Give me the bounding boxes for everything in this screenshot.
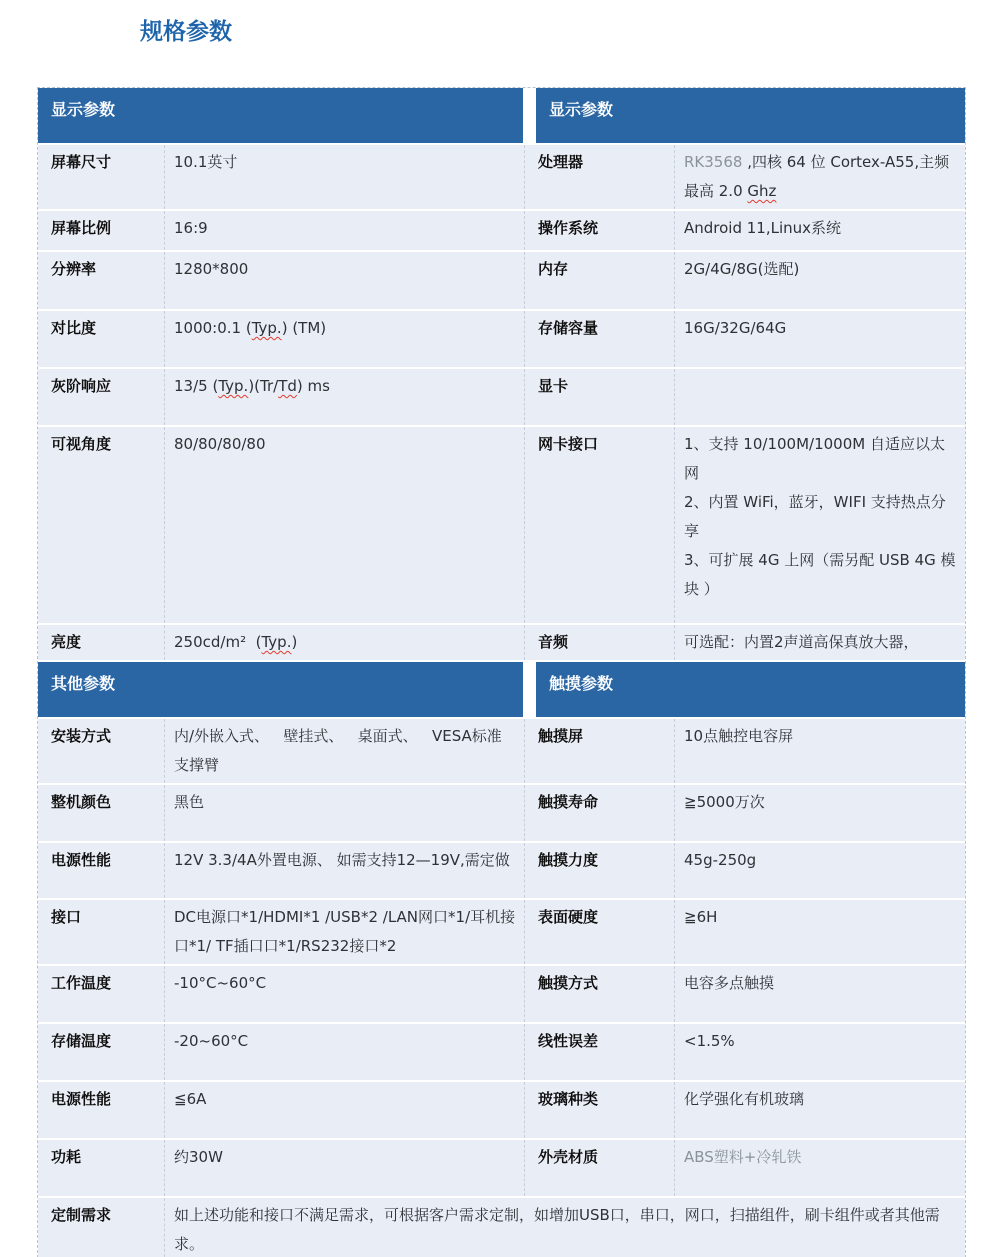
spec-label: 可视角度 — [38, 427, 165, 623]
spec-label: 亮度 — [38, 625, 165, 660]
spec-label: 显卡 — [525, 369, 675, 425]
spec-value: 1、支持 10/100M/1000M 自适应以太网 2、内置 WiFi，蓝牙，W… — [675, 427, 965, 623]
table-row: 安装方式内/外嵌入式、 壁挂式、 桌面式、 VESA标准支撑臂触摸屏10点触控电… — [38, 719, 965, 783]
spellcheck-underline: Typ. — [252, 319, 282, 337]
table-row: 对比度1000:0.1 (Typ.) (TM)存储容量16G/32G/64G — [38, 311, 965, 367]
spec-label: 内存 — [525, 252, 675, 309]
spec-value: 16G/32G/64G — [675, 311, 965, 367]
spec-value: 45g-250g — [675, 843, 965, 898]
table-row: 电源性能12V 3.3/4A外置电源、 如需支持12—19V,需定做触摸力度45… — [38, 843, 965, 898]
table-row: 分辨率1280*800内存2G/4G/8G(选配) — [38, 252, 965, 309]
section-header-left: 显示参数 — [38, 88, 523, 143]
spec-label: 触摸方式 — [525, 966, 675, 1022]
spec-value: -20~60°C — [165, 1024, 525, 1080]
table-row: 屏幕比例16:9操作系统Android 11,Linux系统 — [38, 211, 965, 250]
spec-value: 黑色 — [165, 785, 525, 841]
spec-label: 触摸寿命 — [525, 785, 675, 841]
table-row: 工作温度-10°C~60°C触摸方式电容多点触摸 — [38, 966, 965, 1022]
spec-label: 工作温度 — [38, 966, 165, 1022]
spec-label: 屏幕尺寸 — [38, 145, 165, 209]
spec-value: 2G/4G/8G(选配) — [675, 252, 965, 309]
spec-label: 屏幕比例 — [38, 211, 165, 250]
spec-label: 触摸力度 — [525, 843, 675, 898]
spec-value: 1280*800 — [165, 252, 525, 309]
spec-value — [675, 369, 965, 425]
spec-label: 处理器 — [525, 145, 675, 209]
spec-value: ≧5000万次 — [675, 785, 965, 841]
spec-label: 存储容量 — [525, 311, 675, 367]
table-row: 可视角度80/80/80/80网卡接口1、支持 10/100M/1000M 自适… — [38, 427, 965, 623]
spellcheck-underline: Td — [278, 377, 297, 395]
table-row: 电源性能≦6A玻璃种类化学强化有机玻璃 — [38, 1082, 965, 1138]
spec-label: 灰阶响应 — [38, 369, 165, 425]
section-header-row: 其他参数触摸参数 — [38, 662, 965, 717]
spec-value: 内/外嵌入式、 壁挂式、 桌面式、 VESA标准支撑臂 — [165, 719, 525, 783]
table-row: 屏幕尺寸10.1英寸处理器RK3568 ,四核 64 位 Cortex-A55,… — [38, 145, 965, 209]
spec-label: 存储温度 — [38, 1024, 165, 1080]
spec-label: 操作系统 — [525, 211, 675, 250]
spec-value: 如上述功能和接口不满足需求，可根据客户需求定制，如增加USB口，串口，网口，扫描… — [165, 1198, 965, 1257]
spellcheck-underline: Typ. — [261, 633, 291, 651]
table-row: 接口DC电源口*1/HDMI*1 /USB*2 /LAN网口*1/耳机接口*1/… — [38, 900, 965, 964]
spec-label: 对比度 — [38, 311, 165, 367]
spec-value: Android 11,Linux系统 — [675, 211, 965, 250]
spec-value: 12V 3.3/4A外置电源、 如需支持12—19V,需定做 — [165, 843, 525, 898]
spec-label: 安装方式 — [38, 719, 165, 783]
spec-label: 分辨率 — [38, 252, 165, 309]
page-title: 规格参数 — [140, 13, 232, 46]
spec-value: -10°C~60°C — [165, 966, 525, 1022]
spec-label: 整机颜色 — [38, 785, 165, 841]
spec-label: 网卡接口 — [525, 427, 675, 623]
section-header-row: 显示参数显示参数 — [38, 88, 965, 143]
spec-label: 玻璃种类 — [525, 1082, 675, 1138]
table-row: 存储温度-20~60°C线性误差<1.5% — [38, 1024, 965, 1080]
spec-value: 可选配：内置2声道高保真放大器， — [675, 625, 965, 660]
spec-value: 10.1英寸 — [165, 145, 525, 209]
spec-label: 表面硬度 — [525, 900, 675, 964]
muted-text: ABS塑料+冷轧铁 — [684, 1148, 801, 1166]
table-row: 功耗约30W外壳材质ABS塑料+冷轧铁 — [38, 1140, 965, 1196]
table-row: 亮度250cd/m² (Typ.)音频可选配：内置2声道高保真放大器， — [38, 625, 965, 660]
spec-label: 触摸屏 — [525, 719, 675, 783]
section-header-right: 触摸参数 — [536, 662, 965, 717]
spec-value: ABS塑料+冷轧铁 — [675, 1140, 965, 1196]
spec-value: 80/80/80/80 — [165, 427, 525, 623]
spec-value: 10点触控电容屏 — [675, 719, 965, 783]
spec-label: 音频 — [525, 625, 675, 660]
spellcheck-underline: Typ. — [218, 377, 248, 395]
table-row: 定制需求如上述功能和接口不满足需求，可根据客户需求定制，如增加USB口，串口，网… — [38, 1198, 965, 1257]
section-header-left: 其他参数 — [38, 662, 523, 717]
spec-value: 250cd/m² (Typ.) — [165, 625, 525, 660]
spec-value: <1.5% — [675, 1024, 965, 1080]
spec-value: 1000:0.1 (Typ.) (TM) — [165, 311, 525, 367]
spec-label: 电源性能 — [38, 1082, 165, 1138]
spec-label: 线性误差 — [525, 1024, 675, 1080]
spec-table: 显示参数显示参数屏幕尺寸10.1英寸处理器RK3568 ,四核 64 位 Cor… — [37, 87, 966, 1257]
spec-value: 电容多点触摸 — [675, 966, 965, 1022]
spec-value: ≧6H — [675, 900, 965, 964]
spec-label: 接口 — [38, 900, 165, 964]
spec-label: 定制需求 — [38, 1198, 165, 1257]
spec-label: 功耗 — [38, 1140, 165, 1196]
spec-value: 16:9 — [165, 211, 525, 250]
section-header-right: 显示参数 — [536, 88, 965, 143]
table-row: 整机颜色黑色触摸寿命≧5000万次 — [38, 785, 965, 841]
table-row: 灰阶响应13/5 (Typ.)(Tr/Td) ms显卡 — [38, 369, 965, 425]
spec-label: 电源性能 — [38, 843, 165, 898]
spec-value: RK3568 ,四核 64 位 Cortex-A55,主频最高 2.0 Ghz — [675, 145, 965, 209]
spellcheck-underline: Ghz — [747, 182, 776, 200]
spec-value: ≦6A — [165, 1082, 525, 1138]
spec-value: DC电源口*1/HDMI*1 /USB*2 /LAN网口*1/耳机接口*1/ T… — [165, 900, 525, 964]
spec-value: 13/5 (Typ.)(Tr/Td) ms — [165, 369, 525, 425]
spec-value: 约30W — [165, 1140, 525, 1196]
spec-value: 化学强化有机玻璃 — [675, 1082, 965, 1138]
muted-text: RK3568 — [684, 153, 747, 171]
spec-label: 外壳材质 — [525, 1140, 675, 1196]
